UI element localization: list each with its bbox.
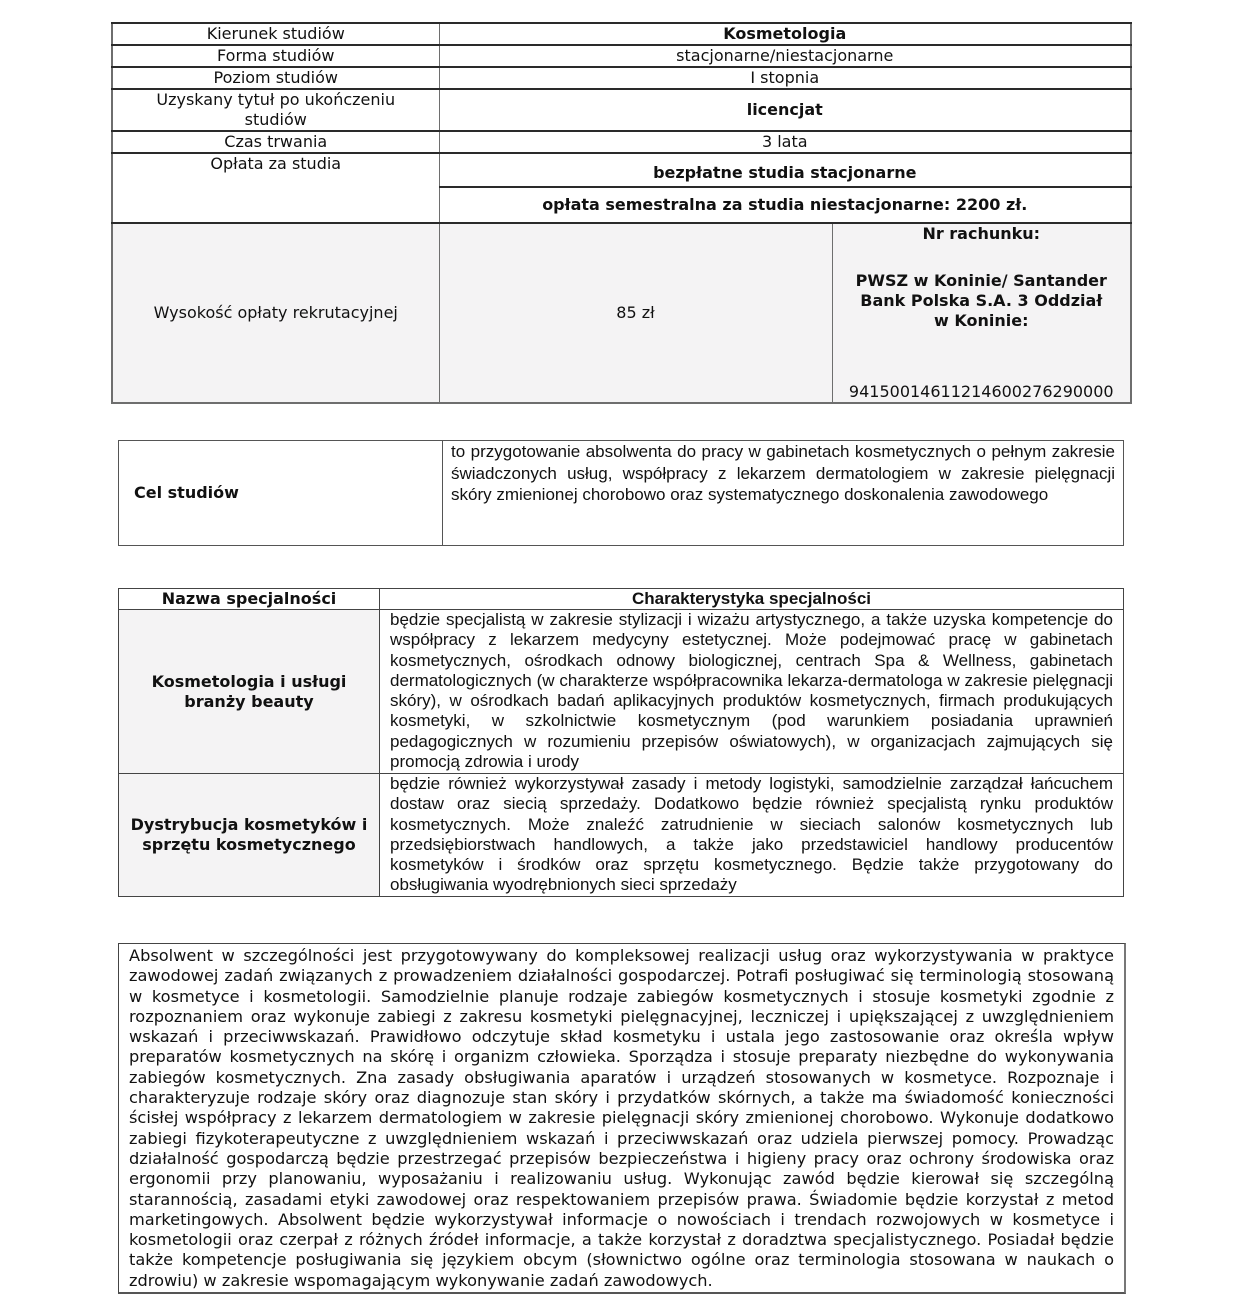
graduate-profile: Absolwent w szczególności jest przygotow… xyxy=(118,943,1126,1294)
field-label: Czas trwania xyxy=(112,131,439,153)
fee-label: Opłata za studia xyxy=(112,153,439,223)
field-label: Uzyskany tytuł po ukończeniu studiów xyxy=(112,89,439,131)
table-row: Forma studiów stacjonarne/niestacjonarne xyxy=(112,45,1131,67)
table-header-row: Nazwa specjalności Charakterystyka specj… xyxy=(119,589,1124,610)
table-row: Kosmetologia i usługi branży beauty będz… xyxy=(119,610,1124,774)
specialization-description: będzie również wykorzystywał zasady i me… xyxy=(380,774,1124,897)
field-label: Poziom studiów xyxy=(112,67,439,89)
goal-label: Cel studiów xyxy=(119,441,443,546)
column-header-name: Nazwa specjalności xyxy=(119,589,380,610)
column-header-description: Charakterystyka specjalności xyxy=(380,589,1124,610)
account-title: Nr rachunku: xyxy=(837,224,1127,244)
specializations-table: Nazwa specjalności Charakterystyka specj… xyxy=(118,588,1124,897)
table-row: Dystrybucja kosmetyków i sprzętu kosmety… xyxy=(119,774,1124,897)
recruitment-fee-amount: 85 zł xyxy=(439,223,832,403)
specialization-name: Kosmetologia i usługi branży beauty xyxy=(119,610,380,774)
full-time-fee: bezpłatne studia stacjonarne xyxy=(439,153,1131,187)
duration-value: 3 lata xyxy=(439,131,1131,153)
study-form-value: stacjonarne/niestacjonarne xyxy=(439,45,1131,67)
study-goal-table: Cel studiów to przygotowanie absolwenta … xyxy=(118,440,1124,546)
table-row: Czas trwania 3 lata xyxy=(112,131,1131,153)
study-info-table: Kierunek studiów Kosmetologia Forma stud… xyxy=(111,22,1132,404)
bank-name: PWSZ w Koninie/ Santander Bank Polska S.… xyxy=(837,271,1127,331)
part-time-fee: opłata semestralna za studia niestacjona… xyxy=(439,187,1131,223)
specialization-name: Dystrybucja kosmetyków i sprzętu kosmety… xyxy=(119,774,380,897)
field-of-study-value: Kosmetologia xyxy=(439,23,1131,45)
table-row: Cel studiów to przygotowanie absolwenta … xyxy=(119,441,1124,546)
study-level-value: I stopnia xyxy=(439,67,1131,89)
account-number: 94150014611214600276290000 xyxy=(833,382,1131,402)
field-label: Kierunek studiów xyxy=(112,23,439,45)
goal-text: to przygotowanie absolwenta do pracy w g… xyxy=(443,441,1124,546)
table-row: Wysokość opłaty rekrutacyjnej 85 zł Nr r… xyxy=(112,223,1131,403)
table-row: Opłata za studia bezpłatne studia stacjo… xyxy=(112,153,1131,187)
account-cell: Nr rachunku: PWSZ w Koninie/ Santander B… xyxy=(832,223,1131,403)
specialization-description: będzie specjalistą w zakresie stylizacji… xyxy=(380,610,1124,774)
degree-value: licencjat xyxy=(439,89,1131,131)
table-row: Poziom studiów I stopnia xyxy=(112,67,1131,89)
table-row: Uzyskany tytuł po ukończeniu studiów lic… xyxy=(112,89,1131,131)
recruitment-fee-label: Wysokość opłaty rekrutacyjnej xyxy=(112,223,439,403)
field-label: Forma studiów xyxy=(112,45,439,67)
table-row: Kierunek studiów Kosmetologia xyxy=(112,23,1131,45)
